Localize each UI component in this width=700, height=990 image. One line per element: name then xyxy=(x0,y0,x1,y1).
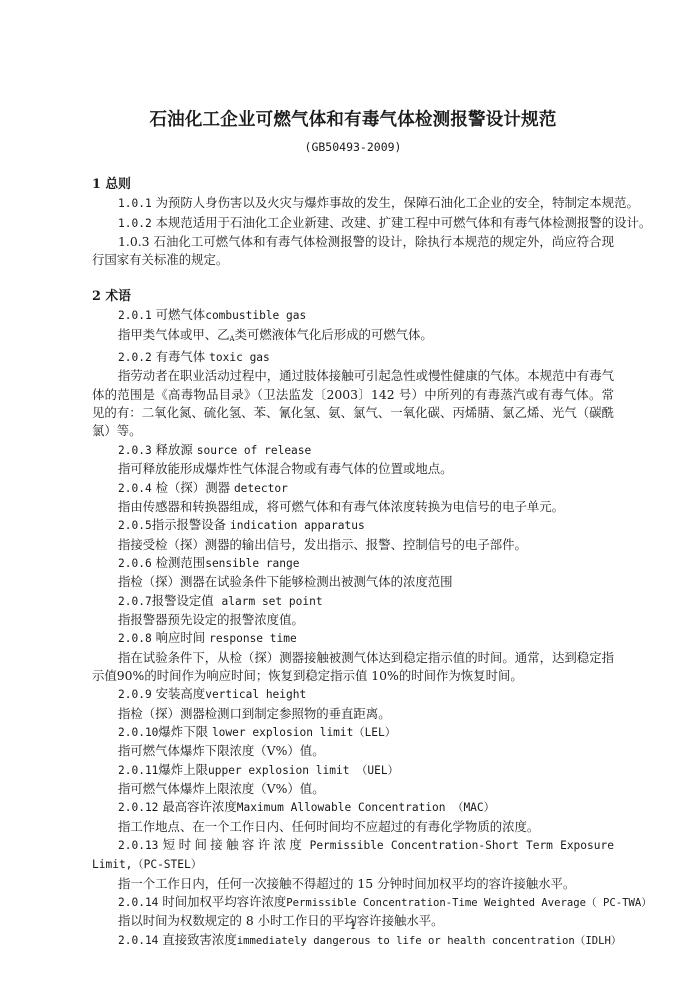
clause: 1.0.3 石油化工可燃气体和有毒气体检测报警的设计，除执行本规范的规定外，尚应… xyxy=(92,233,614,270)
document-code: (GB50493-2009) xyxy=(92,140,614,154)
page-number: 1 xyxy=(92,919,614,932)
term-definition: 指在试验条件下，从检（探）测器接触被测气体达到稳定指示值的时间。通常，达到稳定指… xyxy=(92,649,614,686)
term-heading: 2.0.14 时间加权平均容许浓度Permissible Concentrati… xyxy=(92,893,614,912)
term-heading: 2.0.1 可燃气体combustible gas xyxy=(92,306,614,325)
term-definition: 指可燃气体爆炸下限浓度（V%）值。 xyxy=(92,742,614,760)
term-heading: 2.0.5指示报警设备 indication apparatus xyxy=(92,516,614,535)
term-definition: 指由传感器和转换器组成，将可燃气体和有毒气体浓度转换为电信号的电子单元。 xyxy=(92,498,614,516)
term-heading: 2.0.14 直接致害浓度immediately dangerous to li… xyxy=(92,931,614,950)
term-definition: 指报警器预先设定的报警浓度值。 xyxy=(92,611,614,629)
term-heading: 2.0.10爆炸下限 lower explosion limit（LEL） xyxy=(92,723,614,742)
term-heading: 2.0.8 响应时间 response time xyxy=(92,629,614,648)
term-heading: 2.0.3 释放源 source of release xyxy=(92,441,614,460)
term-definition: 指接受检（探）测器的输出信号，发出指示、报警、控制信号的电子部件。 xyxy=(92,536,614,554)
term-definition: 指甲类气体或甲、乙A类可燃液体气化后形成的可燃气体。 xyxy=(92,326,614,348)
term-definition: 指检（探）测器在试验条件下能够检测出被测气体的浓度范围 xyxy=(92,573,614,591)
term-heading: 2.0.9 安装高度vertical height xyxy=(92,685,614,704)
term-heading: 2.0.6 检测范围sensible range xyxy=(92,554,614,573)
term-heading: 2.0.11爆炸上限upper explosion limit （UEL） xyxy=(92,761,614,780)
term-definition: 指一个工作日内，任何一次接触不得超过的 15 分钟时间加权平均的容许接触水平。 xyxy=(92,875,614,893)
document-title: 石油化工企业可燃气体和有毒气体检测报警设计规范 xyxy=(92,106,614,131)
clause: 1.0.1 为预防人身伤害以及火灾与爆炸事故的发生，保障石油化工企业的安全，特制… xyxy=(92,194,614,213)
document-body: 1 总则 1.0.1 为预防人身伤害以及火灾与爆炸事故的发生，保障石油化工企业的… xyxy=(92,176,614,950)
term-definition: 指可燃气体爆炸上限浓度（V%）值。 xyxy=(92,780,614,798)
term-definition: 指工作地点、在一个工作日内、任何时间均不应超过的有毒化学物质的浓度。 xyxy=(92,818,614,836)
term-heading: 2.0.4 检（探）测器 detector xyxy=(92,479,614,498)
term-heading: 2.0.2 有毒气体 toxic gas xyxy=(92,348,614,367)
section-heading: 2 术语 xyxy=(92,288,614,306)
term-heading: 2.0.13 短时间接触容许浓度 Permissible Concentrati… xyxy=(92,836,614,875)
term-definition: 指劳动者在职业活动过程中，通过肢体接触可引起急性或慢性健康的气体。本规范中有毒气… xyxy=(92,367,614,440)
term-heading: 2.0.7报警设定值 alarm set point xyxy=(92,592,614,611)
term-definition: 指可释放能形成爆炸性气体混合物或有毒气体的位置或地点。 xyxy=(92,460,614,478)
term-heading: 2.0.12 最高容许浓度Maximum Allowable Concentra… xyxy=(92,798,614,817)
section-heading: 1 总则 xyxy=(92,176,614,194)
term-definition: 指检（探）测器检测口到制定参照物的垂直距离。 xyxy=(92,705,614,723)
clause: 1.0.2 本规范适用于石油化工企业新建、改建、扩建工程中可燃气体和有毒气体检测… xyxy=(92,214,614,233)
